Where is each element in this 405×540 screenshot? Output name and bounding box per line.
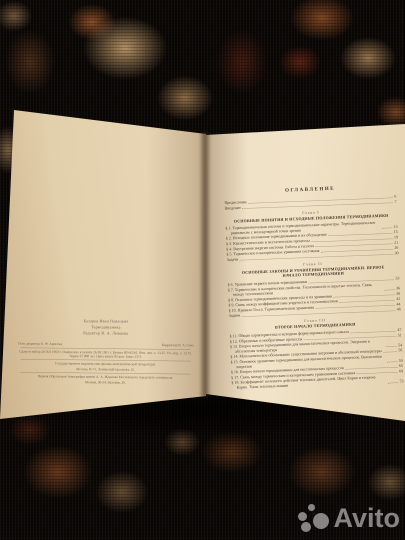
toc-block: ОГЛАВЛЕНИЕ Предисловие6Введение7Глава IО… [224, 183, 404, 390]
colophon-staff-row: Техн. редактор К. Ф. Арнольд Корректор В… [16, 341, 196, 347]
toc-entry-page: 42 [396, 296, 400, 301]
avito-dot-icon [308, 504, 315, 511]
toc-dot-leader [388, 382, 398, 383]
colophon-tech-editor: Техн. редактор К. Ф. Арнольд [18, 341, 63, 345]
toc-entry-page: 36 [396, 286, 400, 291]
toc-entry-page: 44 [396, 302, 400, 307]
toc-entry-page: 69 [399, 369, 403, 374]
toc-entry-page: 58 [398, 348, 402, 353]
toc-entry-page: 47 [397, 327, 401, 332]
toc-entry-label: Введение [225, 205, 241, 210]
toc-dot-leader [384, 289, 394, 290]
colophon-corrector: Корректор В. А. Сеча [162, 343, 194, 347]
toc-entry-page: 33 [395, 276, 399, 281]
toc-entry-page: 21 [394, 240, 398, 245]
toc-entry-page: 19 [394, 235, 398, 240]
toc-entry-page: 65 [399, 363, 403, 368]
toc-entry-page: 26 [394, 245, 398, 250]
book-spine-shadow [199, 131, 211, 397]
colophon-print-info: Сдано в набор 26/XII 1960 г. Подписано к… [16, 349, 196, 359]
toc-entry-page: 6 [394, 194, 396, 199]
avito-dot-icon [298, 512, 307, 521]
toc-entry-page: 46 [397, 307, 401, 312]
toc-entry-page: 73 [399, 379, 403, 384]
toc-body: Предисловие6Введение7Глава IОСНОВНЫЕ ПОН… [224, 194, 403, 390]
avito-watermark: Avito [298, 503, 401, 534]
toc-entry-page: 7 [394, 199, 396, 204]
colophon-editor: Редактор В. А. Лешкова [16, 330, 196, 336]
table-of-contents: ОГЛАВЛЕНИЕ Предисловие6Введение7Глава IО… [224, 190, 400, 404]
toc-entry-page: 13 [393, 224, 397, 229]
avito-logo-icon [298, 504, 329, 533]
toc-entry-label: Задачи [227, 257, 239, 262]
avito-wordmark: Avito [334, 503, 401, 534]
toc-dot-leader [387, 346, 397, 347]
avito-dot-icon [313, 513, 329, 529]
colophon-printing-address: Москва, Ж-54, Валовая, 28. [15, 379, 195, 385]
toc-dot-leader [382, 228, 392, 229]
avito-dot-icon [301, 522, 311, 532]
toc-entry-label: Задачи [229, 313, 241, 318]
toc-entry-page: 15 [394, 230, 398, 235]
photo-scene: Базаров Иван Павлович Термодинамика Реда… [0, 0, 405, 540]
toc-entry-page: 30 [394, 251, 398, 256]
toc-entry-page: 39 [396, 291, 400, 296]
toc-entry-page: 59 [399, 358, 403, 363]
toc-entry-page: 51 [398, 333, 402, 338]
toc-dot-leader [383, 351, 397, 352]
toc-dot-leader [387, 362, 397, 363]
colophon: Базаров Иван Павлович Термодинамика Реда… [16, 318, 196, 404]
colophon-block: Базаров Иван Павлович Термодинамика Реда… [15, 318, 196, 385]
toc-entry-page: 54 [398, 343, 402, 348]
